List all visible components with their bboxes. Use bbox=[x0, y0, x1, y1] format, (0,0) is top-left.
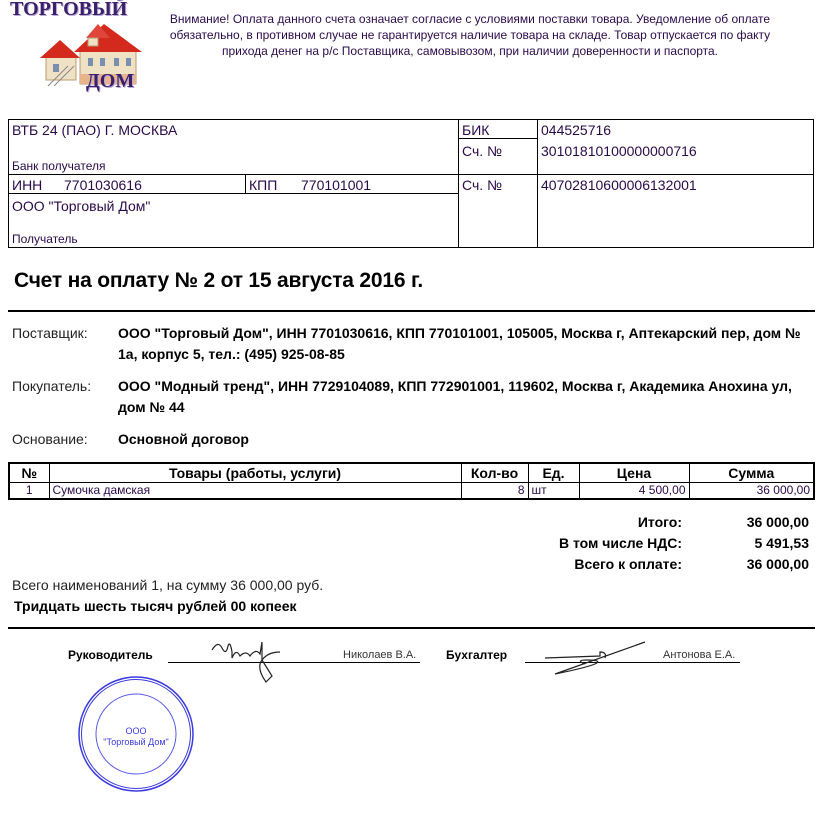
stamp-line-2: "Торговый Дом" bbox=[76, 737, 196, 748]
grand-total-label: Всего к оплате: bbox=[574, 556, 682, 572]
director-name: Николаев В.А. bbox=[343, 649, 416, 661]
corr-account-label: Сч. № bbox=[462, 143, 502, 159]
company-logo: ТОРГОВЫЙ ДОМ bbox=[0, 0, 160, 100]
col-number: № bbox=[9, 463, 49, 482]
total-value: 36 000,00 bbox=[747, 514, 809, 530]
logo-text-bottom: ДОМ bbox=[86, 70, 134, 93]
cell-price: 4 500,00 bbox=[579, 482, 689, 499]
bank-caption: Банк получателя bbox=[12, 159, 105, 173]
cell-goods: Сумочка дамская bbox=[49, 482, 461, 499]
company-stamp: ООО "Торговый Дом" bbox=[76, 674, 196, 794]
supplier-label: Поставщик: bbox=[12, 325, 88, 341]
buyer-value: ООО "Модный тренд", ИНН 7729104089, КПП … bbox=[118, 376, 813, 418]
divider bbox=[8, 310, 815, 312]
col-goods: Товары (работы, услуги) bbox=[49, 463, 461, 482]
bank-details-table: ВТБ 24 (ПАО) Г. МОСКВА Банк получателя Б… bbox=[8, 119, 814, 248]
inn-value: 7701030616 bbox=[64, 177, 142, 193]
amount-in-words: Тридцать шесть тысяч рублей 00 копеек bbox=[14, 598, 297, 614]
buyer-label: Покупатель: bbox=[12, 378, 91, 394]
items-summary: Всего наименований 1, на сумму 36 000,00… bbox=[12, 577, 323, 593]
col-qty: Кол-во bbox=[461, 463, 528, 482]
account-label: Сч. № bbox=[462, 177, 502, 193]
vat-label: В том числе НДС: bbox=[559, 535, 682, 551]
table-row: 1 Сумочка дамская 8 шт 4 500,00 36 000,0… bbox=[9, 482, 814, 499]
vat-value: 5 491,53 bbox=[755, 535, 810, 551]
cell-number: 1 bbox=[9, 482, 49, 499]
director-signature-icon bbox=[210, 638, 310, 688]
supplier-value: ООО "Торговый Дом", ИНН 7701030616, КПП … bbox=[118, 323, 813, 365]
grand-total-value: 36 000,00 bbox=[747, 556, 809, 572]
kpp-value: 770101001 bbox=[301, 177, 371, 193]
col-sum: Сумма bbox=[689, 463, 814, 482]
col-price: Цена bbox=[579, 463, 689, 482]
kpp-label: КПП bbox=[249, 177, 277, 193]
stamp-line-1: ООО bbox=[76, 726, 196, 737]
director-label: Руководитель bbox=[68, 648, 153, 662]
items-table: № Товары (работы, услуги) Кол-во Ед. Цен… bbox=[8, 462, 815, 500]
bik-value: 044525716 bbox=[541, 122, 611, 138]
payment-notice: Внимание! Оплата данного счета означает … bbox=[165, 11, 775, 59]
basis-label: Основание: bbox=[12, 431, 88, 447]
total-label: Итого: bbox=[638, 514, 682, 530]
accountant-name: Антонова Е.А. bbox=[663, 649, 735, 661]
divider bbox=[8, 627, 815, 629]
bik-label: БИК bbox=[462, 122, 489, 138]
recipient-name: ООО "Торговый Дом" bbox=[12, 198, 150, 214]
cell-sum: 36 000,00 bbox=[689, 482, 814, 499]
inn-label: ИНН bbox=[12, 177, 42, 193]
invoice-title: Счет на оплату № 2 от 15 августа 2016 г. bbox=[14, 269, 423, 293]
cell-qty: 8 bbox=[461, 482, 528, 499]
cell-unit: шт bbox=[528, 482, 579, 499]
items-header-row: № Товары (работы, услуги) Кол-во Ед. Цен… bbox=[9, 463, 814, 482]
basis-value: Основной договор bbox=[118, 429, 813, 450]
col-unit: Ед. bbox=[528, 463, 579, 482]
accountant-label: Бухгалтер bbox=[446, 648, 507, 662]
corr-account-value: 30101810100000000716 bbox=[541, 143, 697, 159]
bank-name: ВТБ 24 (ПАО) Г. МОСКВА bbox=[12, 122, 177, 138]
recipient-caption: Получатель bbox=[12, 232, 78, 246]
account-value: 40702810600006132001 bbox=[541, 177, 697, 193]
